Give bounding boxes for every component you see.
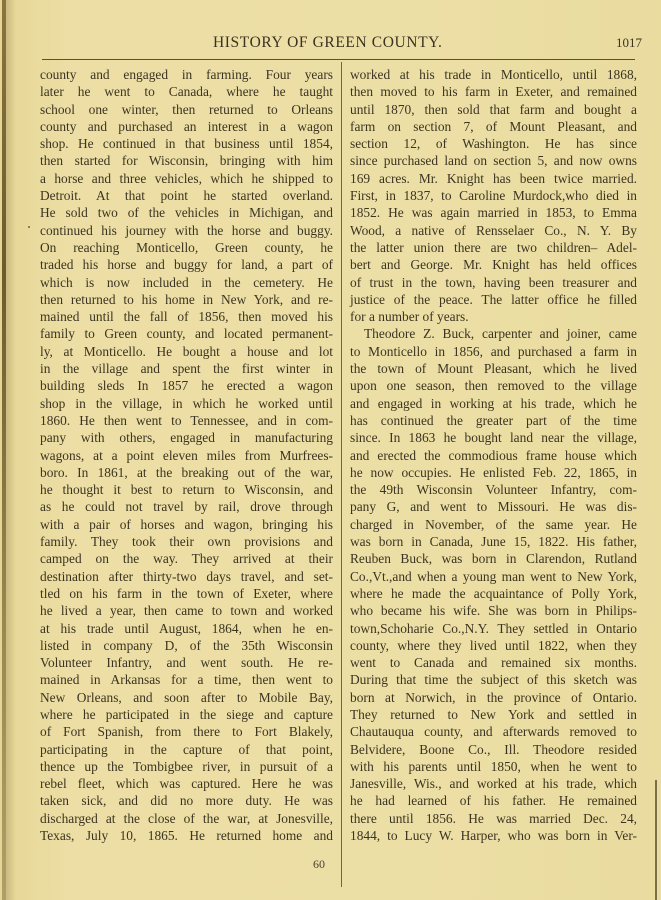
text-line: where he made the acquaintance of Polly … xyxy=(350,585,637,602)
text-line: ly, at Monticello. He bought a house and… xyxy=(40,343,333,360)
text-line: section 12, of Washington. He has since xyxy=(350,135,637,152)
book-page: HISTORY OF GREEN COUNTY. 1017 county and… xyxy=(0,0,661,900)
text-line: justice of the peace. The latter office … xyxy=(350,291,637,308)
text-line: Janesville, Wis., and worked at his trad… xyxy=(350,775,637,792)
text-line: thence up the Tombigbee river, in pursui… xyxy=(40,758,333,775)
text-line: pany with others, engaged in manufacturi… xyxy=(40,429,333,446)
text-line: shop in the village, in which he worked … xyxy=(40,395,333,412)
binding-shadow xyxy=(6,0,16,900)
right-column: worked at his trade in Monticello, until… xyxy=(350,66,637,844)
running-head: HISTORY OF GREEN COUNTY. 1017 xyxy=(0,34,661,54)
text-line: Chautauqua county, and afterwards remove… xyxy=(350,723,637,740)
text-line: bert and George. Mr. Knight has held off… xyxy=(350,256,637,273)
text-line: Theodore Z. Buck, carpenter and joiner, … xyxy=(350,325,637,342)
text-line: pany G, and went to Missouri. He was dis… xyxy=(350,498,637,515)
text-line: with his parents until 1850, when he wen… xyxy=(350,758,637,775)
text-line: who became his wife. She was born in Phi… xyxy=(350,602,637,619)
text-line: New Orleans, and soon after to Mobile Ba… xyxy=(40,689,333,706)
text-line: with a pair of horses and wagon, bringin… xyxy=(40,516,333,533)
header-rule xyxy=(42,59,635,60)
text-line: of Fort Spanish, from there to Fort Blak… xyxy=(40,723,333,740)
text-line: at his trade until August, 1864, when he… xyxy=(40,620,333,637)
text-line: traded his horse and buggy for land, a p… xyxy=(40,256,333,273)
text-line: Wood, a native of Rensselaer Co., N. Y. … xyxy=(350,222,637,239)
text-line: worked at his trade in Monticello, until… xyxy=(350,66,637,83)
text-line: On reaching Monticello, Green county, he xyxy=(40,239,333,256)
text-line: for a number of years. xyxy=(350,308,637,325)
text-line: county, where they lived until 1822, whe… xyxy=(350,637,637,654)
text-line: the latter union there are two children–… xyxy=(350,239,637,256)
text-line: a horse and three vehicles, which he shi… xyxy=(40,170,333,187)
text-line: Belvidere, Boone Co., Ill. Theodore resi… xyxy=(350,741,637,758)
text-line: there until 1856. He was married Dec. 24… xyxy=(350,810,637,827)
text-line: he lived a year, then came to town and w… xyxy=(40,602,333,619)
text-line: since purchased land on section 5, and n… xyxy=(350,152,637,169)
text-line: county and purchased an interest in a wa… xyxy=(40,118,333,135)
text-line: listed in company D, of the 35th Wiscons… xyxy=(40,637,333,654)
text-line: mained until the fall of 1856, then move… xyxy=(40,308,333,325)
text-line: went to Canada and remained six months. xyxy=(350,654,637,671)
text-line: shop. He continued in that business unti… xyxy=(40,135,333,152)
text-line: Detroit. At that point he started overla… xyxy=(40,187,333,204)
text-line: upon one season, then removed to the vil… xyxy=(350,377,637,394)
text-line: taken sick, and did no more duty. He was xyxy=(40,792,333,809)
text-line: the 49th Wisconsin Volunteer Infantry, c… xyxy=(350,481,637,498)
text-line: 1844, to Lucy W. Harper, who was born in… xyxy=(350,827,637,844)
text-line: he had learned of his father. He remaine… xyxy=(350,792,637,809)
text-line: as he could not travel by rail, drove th… xyxy=(40,498,333,515)
text-line: Reuben Buck, was born in Clarendon, Rutl… xyxy=(350,550,637,567)
text-line: and erected the commodious frame house w… xyxy=(350,447,637,464)
text-line: 1852. He was again married in 1853, to E… xyxy=(350,204,637,221)
text-line: destination after thirty-two days travel… xyxy=(40,568,333,585)
text-line: which is now included in the cemetery. H… xyxy=(40,274,333,291)
text-line: During that time the subject of this ske… xyxy=(350,671,637,688)
text-line: then returned to his home in New York, a… xyxy=(40,291,333,308)
text-line: then started for Wisconsin, bringing wit… xyxy=(40,152,333,169)
text-line: wagons, at a point eleven miles from Mur… xyxy=(40,447,333,464)
text-line: since. In 1863 he bought land near the v… xyxy=(350,429,637,446)
text-line: continued his journey with the horse and… xyxy=(40,222,333,239)
text-line: Co.,Vt.,and when a young man went to New… xyxy=(350,568,637,585)
text-line: of trust in the town, having been treasu… xyxy=(350,274,637,291)
page-number: 1017 xyxy=(616,35,642,51)
text-line: farm on section 7, of Mount Pleasant, an… xyxy=(350,118,637,135)
text-line: he thought it best to return to Wisconsi… xyxy=(40,481,333,498)
text-line: Volunteer Infantry, and went south. He r… xyxy=(40,654,333,671)
text-line: the town of Mount Pleasant, which he liv… xyxy=(350,360,637,377)
text-line: First, in 1837, to Caroline Murdock,who … xyxy=(350,187,637,204)
text-line: rebel fleet, which was captured. Here he… xyxy=(40,775,333,792)
text-line: mained in Arkansas for a time, then went… xyxy=(40,671,333,688)
text-line: family to Green county, and located perm… xyxy=(40,325,333,342)
text-line: He sold two of the vehicles in Michigan,… xyxy=(40,204,333,221)
text-line: until 1870, then sold that farm and boug… xyxy=(350,101,637,118)
running-title: HISTORY OF GREEN COUNTY. xyxy=(213,34,442,52)
signature-mark: 60 xyxy=(313,857,325,872)
text-line: in the village and spent the first winte… xyxy=(40,360,333,377)
text-line: 1860. He then went to Tennessee, and in … xyxy=(40,412,333,429)
text-line: Texas, July 10, 1865. He returned home a… xyxy=(40,827,333,844)
text-line: later he went to Canada, where he taught xyxy=(40,83,333,100)
text-line: camped on the way. They arrived at their xyxy=(40,550,333,567)
column-divider xyxy=(341,62,342,887)
text-line: town,Schoharie Co.,N.Y. They settled in … xyxy=(350,620,637,637)
text-line: discharged at the close of the war, at J… xyxy=(40,810,333,827)
text-line: was born in Canada, June 15, 1822. His f… xyxy=(350,533,637,550)
text-line: where he participated in the siege and c… xyxy=(40,706,333,723)
text-line: school one winter, then returned to Orle… xyxy=(40,101,333,118)
text-line: charged in November, of the same year. H… xyxy=(350,516,637,533)
text-line: and engaged in working at his trade, whi… xyxy=(350,395,637,412)
margin-mark xyxy=(28,226,30,228)
text-line: then moved to his farm in Exeter, and re… xyxy=(350,83,637,100)
text-line: tled on his farm in the town of Exeter, … xyxy=(40,585,333,602)
text-line: he now occupies. He enlisted Feb. 22, 18… xyxy=(350,464,637,481)
text-line: participating in the capture of that poi… xyxy=(40,741,333,758)
text-line: born at Norwich, in the province of Onta… xyxy=(350,689,637,706)
text-line: family. They took their own provisions a… xyxy=(40,533,333,550)
left-column: county and engaged in farming. Four year… xyxy=(40,66,333,844)
text-line: to Monticello in 1856, and purchased a f… xyxy=(350,343,637,360)
text-line: building sleds In 1857 he erected a wago… xyxy=(40,377,333,394)
text-line: has continued the greater part of the ti… xyxy=(350,412,637,429)
text-line: boro. In 1861, at the breaking out of th… xyxy=(40,464,333,481)
text-line: county and engaged in farming. Four year… xyxy=(40,66,333,83)
page-edge-shadow xyxy=(655,780,657,900)
text-line: 169 acres. Mr. Knight has been twice mar… xyxy=(350,170,637,187)
text-line: They returned to New York and settled in xyxy=(350,706,637,723)
